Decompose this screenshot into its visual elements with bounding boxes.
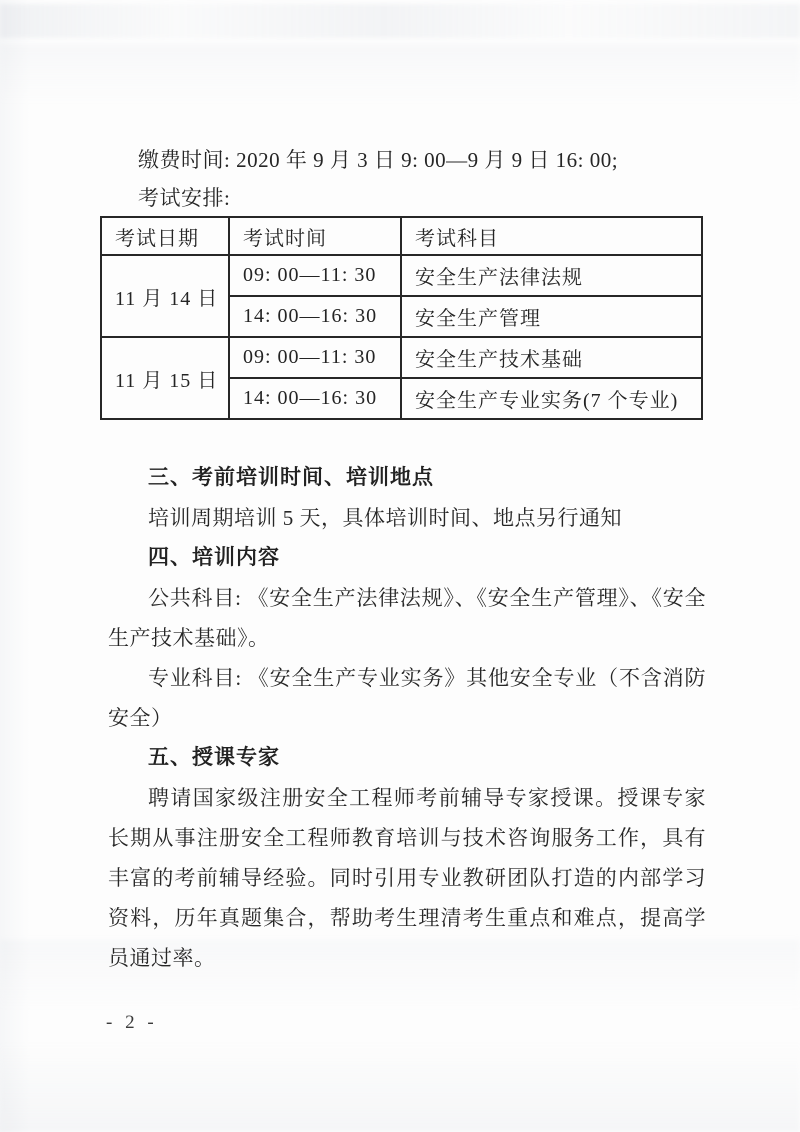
public-subjects-paragraph: 公共科目: 《安全生产法律法规》、《安全生产管理》、《安全生产技术基础》。 — [108, 578, 706, 658]
training-period-paragraph: 培训周期培训 5 天，具体培训时间、地点另行通知 — [108, 498, 706, 538]
exam-arrangement-label: 考试安排: — [108, 179, 706, 217]
scan-artifact — [0, 1042, 800, 1132]
lecturers-paragraph: 聘请国家级注册安全工程师考前辅导专家授课。授课专家长期从事注册安全工程师教育培训… — [108, 778, 706, 978]
section-heading-training-time-location: 三、考前培训时间、培训地点 — [108, 458, 706, 498]
scan-artifact — [0, 4, 800, 38]
table-row: 11 月 14 日 09: 00—11: 30 安全生产法律法规 — [101, 255, 702, 296]
payment-time-line: 缴费时间: 2020 年 9 月 3 日 9: 00—9 月 9 日 16: 0… — [108, 141, 706, 179]
scan-artifact — [0, 44, 800, 104]
exam-date-cell: 11 月 15 日 — [101, 337, 229, 419]
column-header-exam-subject: 考试科目 — [401, 217, 702, 255]
exam-subject-cell: 安全生产专业实务(7 个专业) — [401, 378, 702, 419]
exam-time-cell: 14: 00—16: 30 — [229, 296, 401, 337]
section-heading-training-content: 四、培训内容 — [108, 538, 706, 578]
column-header-exam-time: 考试时间 — [229, 217, 401, 255]
exam-subject-cell: 安全生产管理 — [401, 296, 702, 337]
exam-subject-cell: 安全生产法律法规 — [401, 255, 702, 296]
exam-time-cell: 09: 00—11: 30 — [229, 255, 401, 296]
exam-schedule-table: 考试日期 考试时间 考试科目 11 月 14 日 09: 00—11: 30 安… — [100, 216, 703, 420]
exam-time-cell: 09: 00—11: 30 — [229, 337, 401, 378]
sections-block: 三、考前培训时间、培训地点 培训周期培训 5 天，具体培训时间、地点另行通知 四… — [108, 458, 706, 978]
professional-subjects-paragraph: 专业科目: 《安全生产专业实务》其他安全专业（不含消防安全） — [108, 658, 706, 738]
column-header-exam-date: 考试日期 — [101, 217, 229, 255]
intro-block: 缴费时间: 2020 年 9 月 3 日 9: 00—9 月 9 日 16: 0… — [108, 141, 706, 217]
exam-date-cell: 11 月 14 日 — [101, 255, 229, 337]
table-header-row: 考试日期 考试时间 考试科目 — [101, 217, 702, 255]
scanned-document-page: 缴费时间: 2020 年 9 月 3 日 9: 00—9 月 9 日 16: 0… — [0, 0, 800, 1132]
page-number: - 2 - — [106, 1012, 158, 1034]
exam-subject-cell: 安全生产技术基础 — [401, 337, 702, 378]
exam-time-cell: 14: 00—16: 30 — [229, 378, 401, 419]
section-heading-lecturers: 五、授课专家 — [108, 738, 706, 778]
scan-artifact — [0, 0, 30, 1132]
table-row: 11 月 15 日 09: 00—11: 30 安全生产技术基础 — [101, 337, 702, 378]
